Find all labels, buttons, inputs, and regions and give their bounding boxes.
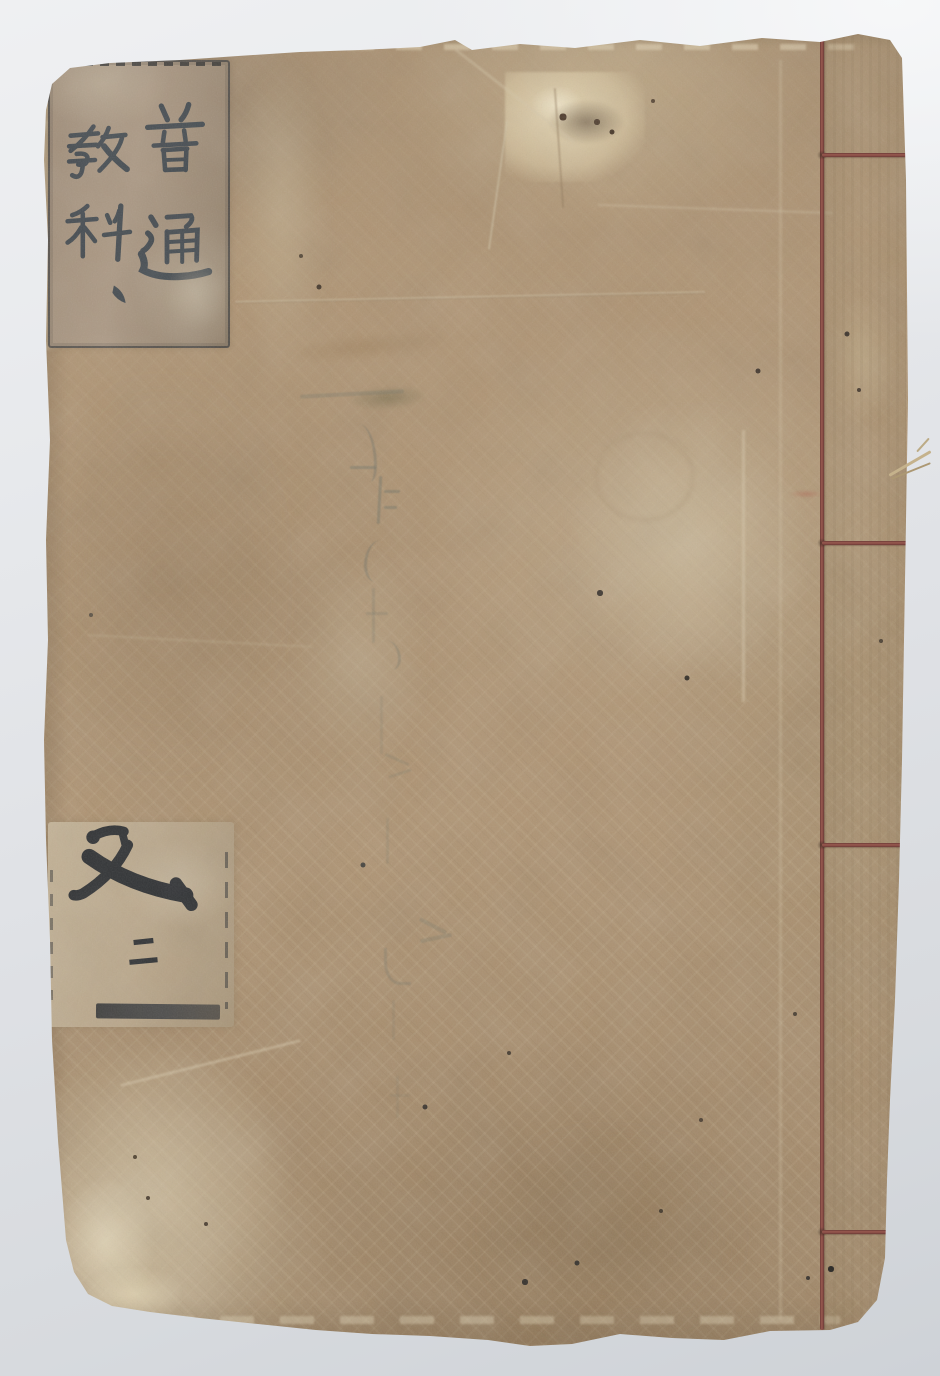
binding-stitch-4 — [822, 1230, 894, 1234]
handwriting-column — [300, 388, 460, 1128]
handwriting-stroke — [352, 424, 377, 482]
binding-stitch-3 — [822, 843, 904, 847]
handwriting-stroke — [372, 588, 375, 643]
title-text: 普通教科 — [0, 0, 1, 1]
handwriting-stroke — [376, 640, 401, 670]
character-ke — [60, 188, 136, 288]
upper-title-label — [48, 60, 230, 348]
character-wen — [68, 822, 203, 922]
character-er — [116, 928, 172, 980]
handwriting-stroke — [388, 768, 412, 778]
handwriting-stroke — [419, 917, 447, 935]
handwriting-stroke — [420, 933, 452, 944]
speck-field — [0, 0, 2, 2]
handwriting-stroke — [377, 476, 383, 524]
handwriting-stroke — [386, 818, 389, 864]
handwriting-stroke — [392, 1000, 395, 1040]
handwriting-stroke — [384, 948, 411, 985]
binding-thread-vertical — [820, 38, 824, 1330]
handwriting-stroke — [366, 612, 388, 615]
handwriting-stroke — [384, 506, 397, 509]
photo-backdrop: 普通教科 文 二 — [0, 0, 940, 1376]
handwriting-stroke — [384, 490, 400, 493]
handwriting-stroke — [364, 540, 393, 582]
handwriting-stroke — [350, 466, 376, 469]
character-tong — [135, 190, 215, 302]
book-cover — [0, 0, 940, 1376]
binding-stitch-1 — [822, 153, 906, 157]
lower-subject-label — [48, 822, 234, 1027]
label-bottom-bar — [96, 1003, 220, 1019]
binding-stitch-2 — [822, 541, 908, 545]
handwriting-stroke — [390, 1094, 410, 1097]
loose-thread-tail — [884, 432, 940, 492]
handwriting-stroke — [396, 1076, 399, 1118]
character-pu — [137, 84, 213, 192]
handwriting-stroke — [385, 753, 410, 766]
volume-text: 二 — [0, 0, 1, 1]
punctuation-comma — [108, 282, 130, 308]
subject-text: 文 — [0, 0, 1, 1]
handwriting-stroke — [300, 389, 404, 398]
handwriting-stroke — [380, 696, 383, 754]
